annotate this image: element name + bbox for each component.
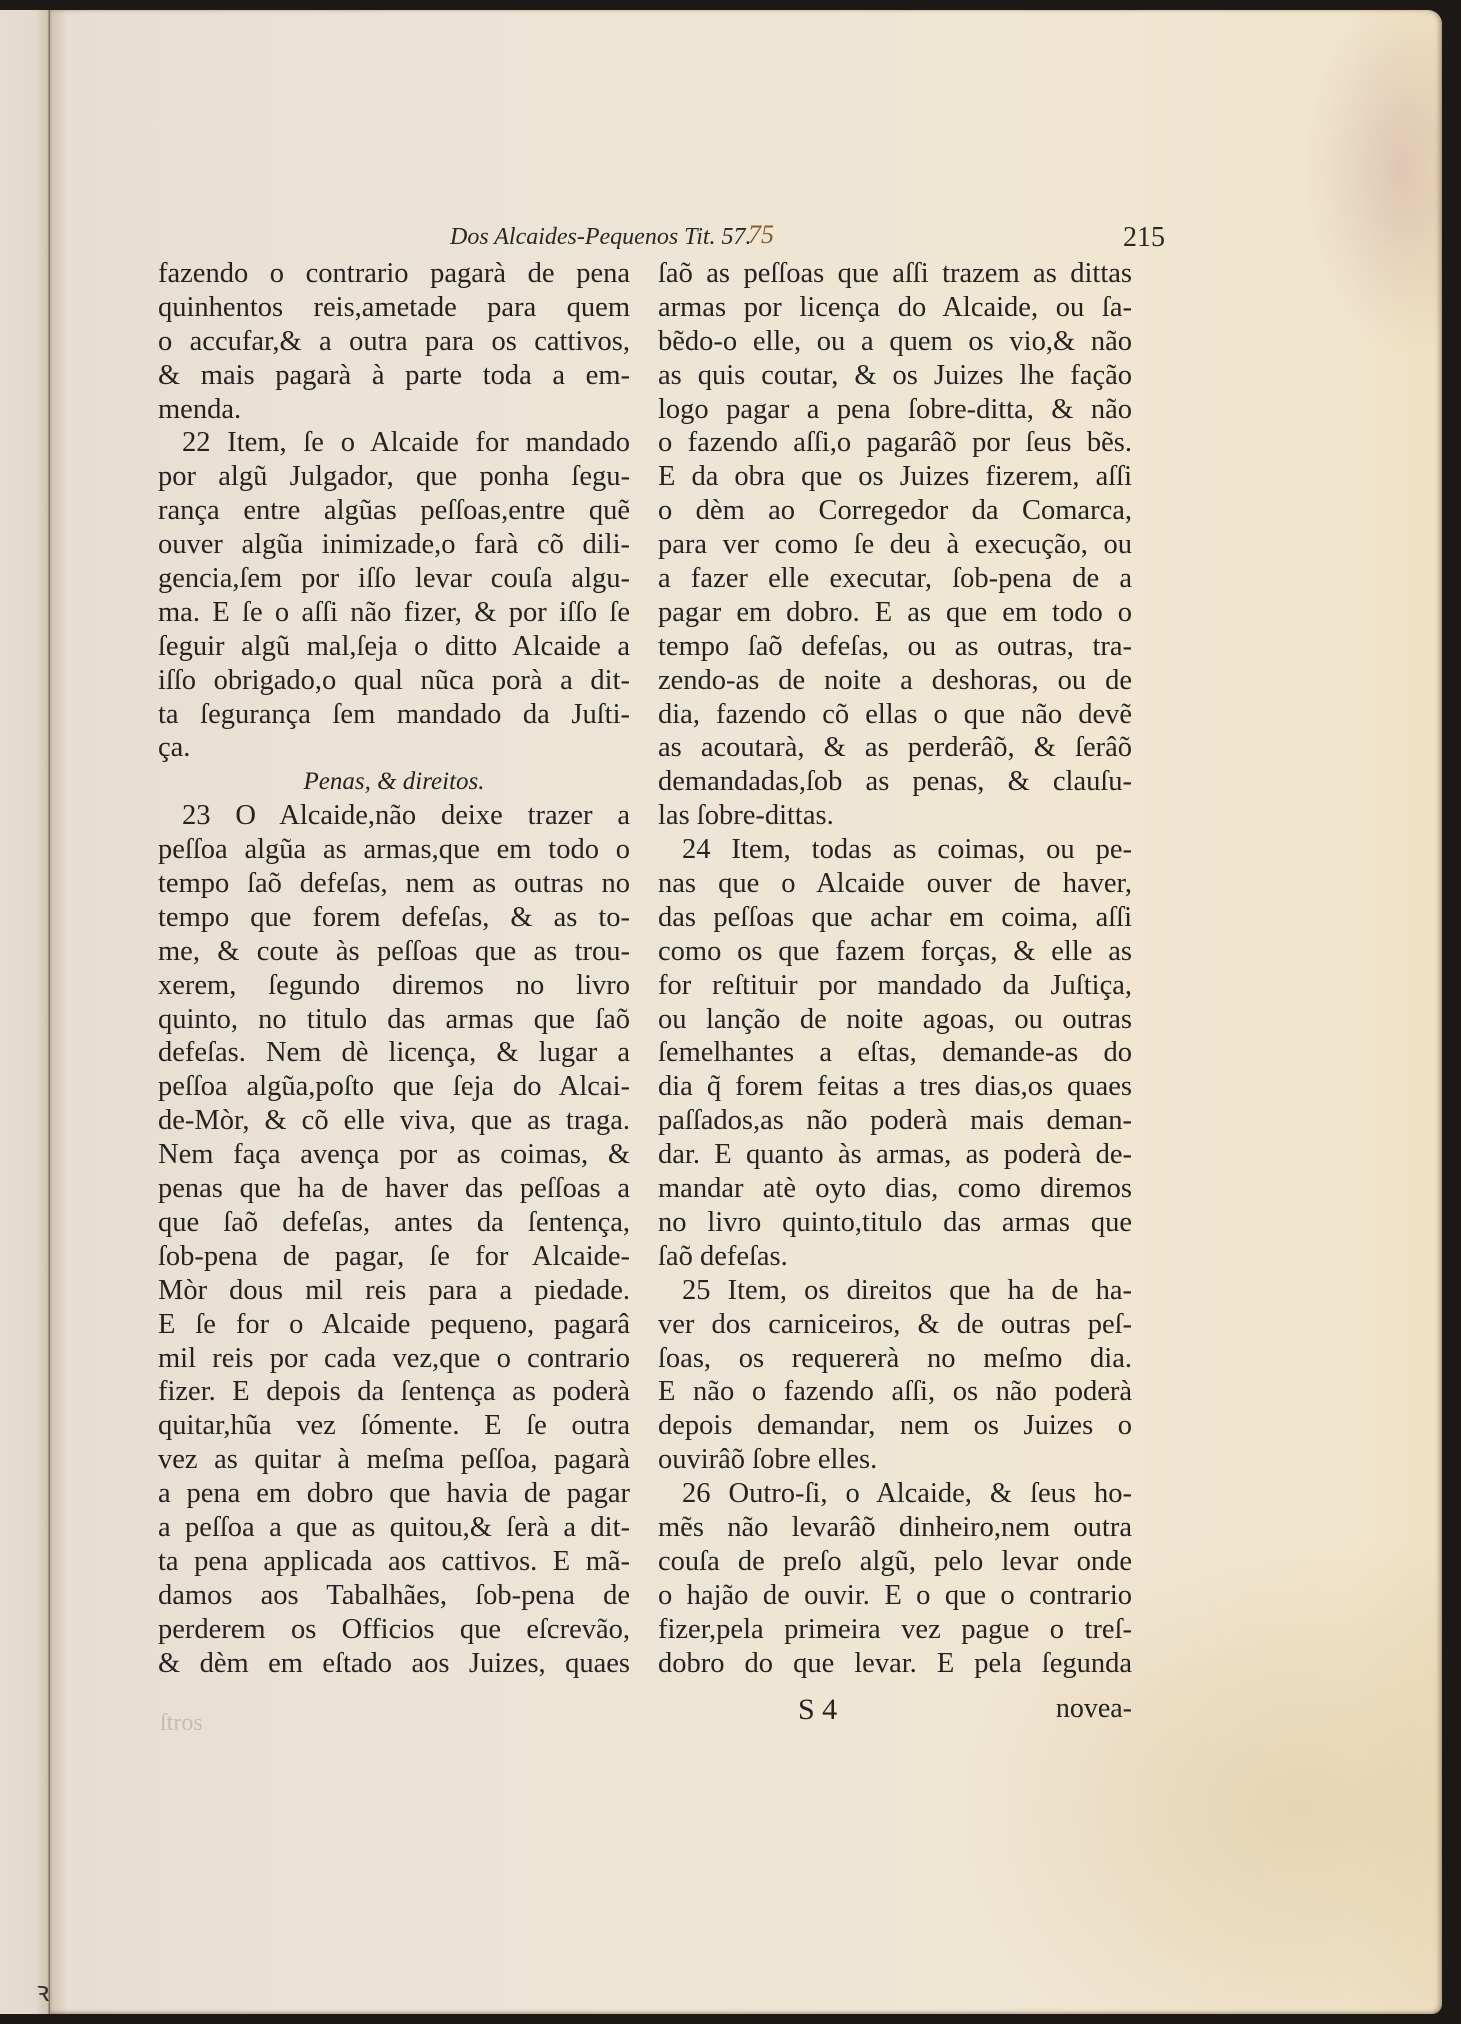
text-line: E não o fazendo aſſi, os não poderà [658,1375,1132,1409]
text-line: dobro do que levar. E pela ſegunda [658,1647,1132,1681]
text-line: perderem os Officios que eſcrevão, [158,1613,630,1647]
text-line: o dèm ao Corregedor da Comarca, [658,494,1132,528]
text-line: & mais pagarà à parte toda a em- [158,359,630,393]
text-line: vez as quitar à meſma peſſoa, pagarà [158,1443,630,1477]
text-line: ſeguir algũ mal,ſeja o ditto Alcaide a [158,630,630,664]
text-line: me, & coute às peſſoas que as trou- [158,935,630,969]
text-line: demandadas,ſob as penas, & clauſu- [658,765,1132,799]
text-line: tempo ſaõ defeſas, ou as outras, tra- [658,630,1132,664]
running-title: Dos Alcaides-Pequenos Tit. 57. [450,224,752,251]
text-line: no livro quinto,titulo das armas que [658,1206,1132,1240]
text-line: dia q̃ forem feitas a tres dias,os quaes [658,1070,1132,1104]
text-line: dia, fazendo cõ ellas o que não devẽ [658,698,1132,732]
text-line: rança entre algũas peſſoas,entre quẽ [158,494,630,528]
text-line: mẽs não levarâõ dinheiro,nem outra [658,1511,1132,1545]
text-line: ſaõ as peſſoas que aſſi trazem as dittas [658,257,1132,291]
page-footer: S 4 novea- [658,1693,1132,1733]
text-line: peſſoa algũa as armas,que em todo o [158,833,630,867]
text-line: o fazendo aſſi,o pagarâõ por ſeus bẽs. [658,426,1132,460]
text-line: as quis coutar, & os Juizes lhe fação [658,359,1132,393]
text-line: bẽdo-o elle, ou a quem os vio,& não [658,325,1132,359]
facing-page-edge [0,10,50,2014]
text-line: ta pena applicada aos cattivos. E mã- [158,1545,630,1579]
text-line: as acoutarà, & as perderâõ, & ſerâõ [658,731,1132,765]
text-line: Nem faça avença por as coimas, & [158,1138,630,1172]
text-line: couſa de preſo algũ, pelo levar onde [658,1545,1132,1579]
text-line: ta ſegurança ſem mandado da Juſti- [158,698,630,732]
text-line: ma. E ſe o aſſi não fizer, & por iſſo ſe [158,596,630,630]
text-line: las ſobre-dittas. [658,799,1132,833]
text-line: E ſe for o Alcaide pequeno, pagarâ [158,1308,630,1342]
bleed-through-text: ſtros [160,1710,203,1737]
text-line: damos aos Tabalhães, ſob-pena de [158,1579,630,1613]
text-line: pagar em dobro. E as que em todo o [658,596,1132,630]
text-line: o accufar,& a outra para os cattivos, [158,325,630,359]
text-line: paſſados,as não poderà mais deman- [658,1104,1132,1138]
text-line: por algũ Julgador, que ponha ſegu- [158,460,630,494]
text-line: gencia,ſem por iſſo levar couſa algu- [158,562,630,596]
left-text-column: fazendo o contrario pagarà de pena quinh… [158,257,630,1680]
text-line: fizer,pela primeira vez pague o treſ- [658,1613,1132,1647]
text-line: defeſas. Nem dè licença, & lugar a [158,1036,630,1070]
right-text-column: ſaõ as peſſoas que aſſi trazem as dittas… [658,257,1132,1680]
text-line: ça. [158,731,630,765]
text-line: tempo que forem defeſas, & as to- [158,901,630,935]
text-line: iſſo obrigado,o qual nũca porà a dit- [158,664,630,698]
text-line: ſoas, os requererà no meſmo dia. [658,1342,1132,1376]
text-line: dar. E quanto às armas, as poderà de- [658,1138,1132,1172]
text-line: das peſſoas que achar em coima, aſſi [658,901,1132,935]
text-line: mil reis por cada vez,que o contrario [158,1342,630,1376]
text-line: ſob-pena de pagar, ſe for Alcaide- [158,1240,630,1274]
text-line: tempo ſaõ defeſas, nem as outras no [158,867,630,901]
text-line: xerem, ſegundo diremos no livro [158,969,630,1003]
text-line: logo pagar a pena ſobre-ditta, & não [658,393,1132,427]
text-line: ou lanção de noite agoas, ou outras [658,1003,1132,1037]
text-line: penas que ha de haver das peſſoas a [158,1172,630,1206]
text-line: zendo-as de noite a deshoras, ou de [658,664,1132,698]
text-line: ver dos carniceiros, & de outras peſ- [658,1308,1132,1342]
text-line: ſaõ defeſas. [658,1240,1132,1274]
paragraph-23-start: 23 O Alcaide,não deixe trazer a [158,799,630,833]
gutter-ink-mark: ꝛ [36,1972,49,2010]
paragraph-22-start: 22 Item, ſe o Alcaide for mandado [158,426,630,460]
text-line: que ſaõ defeſas, antes da ſentença, [158,1206,630,1240]
text-line: depois demandar, nem os Juizes o [658,1409,1132,1443]
text-line: de-Mòr, & cõ elle viva, que as traga. [158,1104,630,1138]
text-line: quitar,hũa vez ſómente. E ſe outra [158,1409,630,1443]
text-line: Mòr dous mil reis para a piedade. [158,1274,630,1308]
text-line: for reſtituir por mandado da Juſtiça, [658,969,1132,1003]
paragraph-26-start: 26 Outro-ſi, o Alcaide, & ſeus ho- [658,1477,1132,1511]
paragraph-24-start: 24 Item, todas as coimas, ou pe- [658,833,1132,867]
text-line: o hajão de ouvir. E o que o contrario [658,1579,1132,1613]
page-number: 215 [1123,222,1165,254]
text-line: nas que o Alcaide ouver de haver, [658,867,1132,901]
text-line: a peſſoa a que as quitou,& ſerà a dit- [158,1511,630,1545]
text-line: menda. [158,393,630,427]
section-heading: Penas, & direitos. [158,765,630,799]
text-line: quinto, no titulo das armas que ſaõ [158,1003,630,1037]
text-line: como os que fazem forças, & elle as [658,935,1132,969]
text-line: quinhentos reis,ametade para quem [158,291,630,325]
text-line: fazendo o contrario pagarà de pena [158,257,630,291]
text-line: ouvirâõ ſobre elles. [658,1443,1132,1477]
signature-mark: S 4 [798,1693,837,1727]
catchword: novea- [1056,1693,1132,1725]
text-line: para ver como ſe deu à execução, ou [658,528,1132,562]
text-line: armas por licença do Alcaide, ou ſa- [658,291,1132,325]
text-line: fizer. E depois da ſentença as poderà [158,1375,630,1409]
text-line: peſſoa algũa,poſto que ſeja do Alcai- [158,1070,630,1104]
text-line: ouver algũa inimizade,o farà cõ dili- [158,528,630,562]
paragraph-25-start: 25 Item, os direitos que ha de ha- [658,1274,1132,1308]
text-line: a fazer elle executar, ſob-pena de a [658,562,1132,596]
text-line: mandar atè oyto dias, como diremos [658,1172,1132,1206]
text-line: E da obra que os Juizes fizerem, aſſi [658,460,1132,494]
handwritten-folio-annotation: 75 [748,220,774,250]
text-line: a pena em dobro que havia de pagar [158,1477,630,1511]
text-line: & dèm em eſtado aos Juizes, quaes [158,1647,630,1681]
text-line: ſemelhantes a eſtas, demande-as do [658,1036,1132,1070]
